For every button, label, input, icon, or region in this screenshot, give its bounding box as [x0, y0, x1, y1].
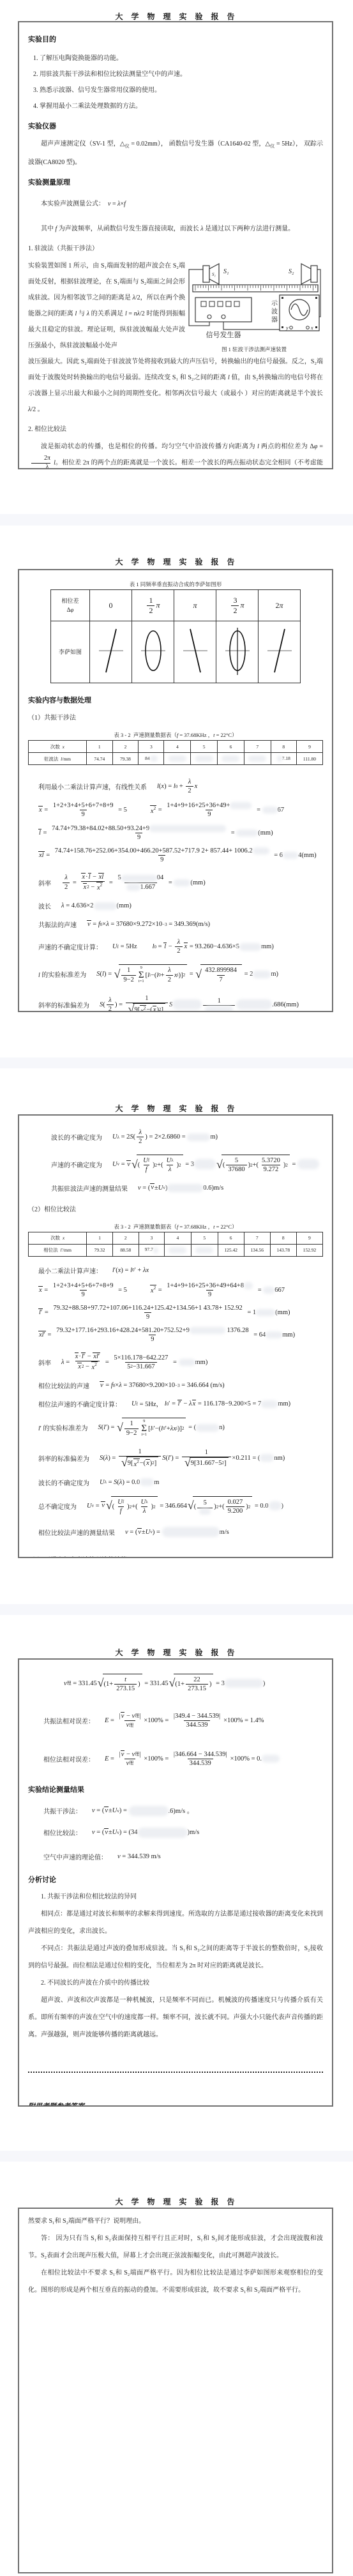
page-title: 大 学 物 理 实 验 报 告 [0, 1103, 353, 1114]
text-run: 4 [177, 1235, 179, 1241]
text-run: mm) [282, 1331, 295, 1338]
text-run: 1 [218, 997, 221, 1005]
formula-line: 斜率λ = x·l′ − xl′x2 − x2 = 5×116.178−642.… [28, 1352, 323, 1372]
numerator: λ [176, 938, 183, 946]
formula-line: xl = 74.74+158.76+252.06+354.00+466.20+5… [28, 847, 323, 864]
redaction [230, 802, 252, 809]
math-variable: f [146, 1165, 147, 1174]
text-run: mm) [278, 1400, 290, 1407]
row-label-cell: 次数 x [29, 1232, 87, 1244]
text-run: 143.78 [276, 1247, 290, 1253]
subscript: 理 [67, 1680, 71, 1686]
overbar: x [146, 1459, 150, 1467]
redaction [205, 1006, 233, 1012]
overbar: x2 [150, 1285, 156, 1295]
text-run: ′ [180, 1400, 181, 1407]
text-run: − [182, 1400, 189, 1407]
denominator: 9 [144, 1312, 151, 1321]
paragraph: 2. 用驻波共振干涉法和相位比较法测量空气中的声速。 [28, 66, 323, 82]
table-caption: 表 1 同频率垂直振动合成的李萨如图形 [28, 580, 323, 588]
math-variable: λ [109, 996, 112, 1004]
numerator: 74.74+79.38+84.02+88.50+93.24+9 [50, 824, 228, 833]
denominator: 273.15 [114, 1684, 137, 1693]
text-run: 相位比较法声速的测量结果 [38, 1530, 115, 1537]
text-run: 9.200 [228, 1507, 243, 1515]
math-variable: l [164, 943, 166, 950]
lissajous-cell [259, 621, 301, 683]
text-run: 79.32+88.58+97.72+107.06+116.24+125.42+1… [53, 1304, 242, 1312]
summation: 9Σi=1 [139, 966, 144, 983]
numerator: 1 [203, 1448, 210, 1457]
denominator: 2 [175, 946, 182, 955]
fraction: 1√9[x2−(x)2] [126, 994, 168, 1012]
text-run: 5 [203, 744, 206, 750]
text-run: 344.539 [190, 1759, 211, 1768]
math-variable: λ [168, 966, 171, 974]
text-run: ] [161, 1006, 163, 1012]
text-run: ′+ [165, 1425, 170, 1432]
overbar: v [104, 1807, 109, 1815]
text-run: 9.272 [264, 1165, 279, 1174]
denominator: λ [31, 463, 51, 470]
fraction: 1√9[x2−(x)2] [119, 1448, 161, 1469]
text-run: 432.899984 [205, 966, 237, 974]
text-run: 344.539 [186, 1721, 207, 1729]
oscilloscope-label: 示 [271, 299, 278, 307]
formula-math: Uf = 5Hzl0 = l − λ2x = 93.260−4.636×5mm) [112, 938, 274, 955]
text-run: = 0.0 [253, 1503, 268, 1510]
formula-line: 声速的不确定度计算：Uf = 5Hzl0 = l − λ2x = 93.260−… [28, 938, 323, 955]
text-run: 波长 [38, 904, 51, 911]
text-run: 273.15 [188, 1685, 206, 1693]
text-run: = [46, 1331, 53, 1338]
text-and-figure-row: 实验装置如图 1 所示，由 S₁端面发射的超声波会在 S₂端面处反射，根据驻波理… [28, 258, 323, 354]
radicand: 19−29Σi=1[li′−(l0′+λxi)]2 [122, 1418, 186, 1437]
overbar: v [101, 1501, 105, 1510]
fraction: 74.74+158.76+252.06+354.00+466.20+587.52… [53, 847, 271, 864]
superscript: 2 [183, 973, 186, 978]
phase-value-cell: 32π [216, 590, 259, 621]
sigma: Σ [139, 971, 144, 980]
superscript: 2 [100, 883, 103, 888]
text-run: = 37.68KHz ， [178, 1224, 213, 1230]
table-cell: 3 [139, 741, 164, 753]
math-variable: x [75, 1353, 79, 1360]
table-cell: 9 [296, 741, 322, 753]
numerator: 1+2+3+4+5+6+7+8+9 [51, 801, 116, 810]
text-run: ( [138, 1162, 140, 1169]
table-cell: 74.74 [86, 753, 112, 765]
redaction [277, 755, 282, 762]
text-run: 9 [308, 744, 311, 750]
text-run: 1. 共振干涉法和位相比较法的异同 [41, 1893, 137, 1900]
row-label-cell: 驻波法 l/mm [29, 753, 87, 765]
text-run: = 344.539 m/s [121, 1853, 161, 1860]
denominator: f [144, 1165, 149, 1174]
formula-line: l′ = 79.32+88.58+97.72+107.06+116.24+125… [28, 1304, 323, 1321]
formula-label: 斜率 [38, 1358, 51, 1367]
lissajous-cell [216, 621, 259, 683]
text-run: ′) = [105, 1424, 116, 1431]
text-run: 1. 驻波法（共振干涉法） [28, 245, 98, 252]
table-row: 驻波法 l/mm74.7479.38847.18111.80 [29, 753, 323, 765]
fraction: 0.0279.200 [226, 1498, 245, 1515]
square-root: √19−29Σi=1[li−(l0+λ2xi)]2 [114, 964, 187, 983]
formula-label: 波长的不确定度为 [38, 1478, 89, 1487]
redaction [174, 879, 190, 886]
lissajous-cell [90, 621, 132, 683]
text-run: (mm) [190, 879, 205, 886]
math-variable: U [112, 943, 117, 950]
paragraph: 超声声速测定仪（SV-1 型，△仪 = 0.02mm）， 函数信号发生器（CA1… [28, 136, 323, 170]
numerator: x·l′ − xl′ [73, 1352, 102, 1361]
math-variable: f [124, 201, 126, 208]
subscript: 理 [129, 1723, 133, 1729]
numerator: 2π [29, 455, 52, 463]
math-variable: v [151, 1184, 154, 1191]
text-run: 相位比较法： [43, 1830, 82, 1837]
math-variable: U [158, 1185, 163, 1192]
fraction: 19−2 [121, 966, 135, 983]
subscript: f [148, 1158, 149, 1163]
math-variable: x [153, 1006, 156, 1012]
numerator: 22 [192, 1676, 202, 1684]
math-variable: λ [139, 1128, 142, 1137]
table-cell: 4 [164, 1232, 191, 1244]
text-run: m) [271, 971, 278, 978]
data-table: 次数 x123456789相位法 l′/mm79.3288.5897.7125.… [28, 1232, 323, 1257]
text-run: 3 [150, 1235, 153, 1241]
phase-value-cell: 12π [132, 590, 174, 621]
math-variable: v [87, 921, 91, 928]
text-run: 1.667 [140, 883, 156, 891]
superscript: 2 [153, 1504, 156, 1510]
redaction [179, 1359, 195, 1366]
text-run: 9 [151, 1335, 154, 1344]
text-run: 5×116.178−642.227 [114, 1354, 168, 1362]
math-variable: x [193, 1400, 196, 1407]
overbar: v [121, 1712, 125, 1720]
denominator: 37680 [226, 1165, 246, 1174]
fraction: |v − v理|v理 [117, 1750, 143, 1768]
text-run: = 1 [246, 1309, 256, 1316]
text-run: ) = [164, 783, 174, 790]
text-run: 22 [193, 1676, 200, 1684]
table-row: 李萨如图 [51, 621, 301, 683]
text-run: = [110, 201, 117, 208]
text-run: +( [253, 1162, 259, 1169]
math-variable: U [131, 1400, 137, 1407]
text-run: 斜率 [38, 1360, 51, 1367]
fraction: Uff [141, 1156, 151, 1174]
page-2: 表 1 同频率垂直振动合成的李萨如图形相位差Δφ012ππ32π2π李萨如图实验… [18, 569, 333, 1012]
section-heading: 实验仪器 [28, 121, 323, 131]
text-run: 。相位差 2π 的两个点的距离就是一个波长。相差一个波长的两点振动状态完全相同（… [28, 459, 323, 469]
numerator: 74.74+158.76+252.06+354.00+466.20+587.52… [53, 847, 271, 855]
redaction [199, 1508, 211, 1515]
math-variable: x [195, 783, 198, 790]
text-run: .686(mm) [272, 1001, 299, 1008]
text-run: = [156, 807, 163, 814]
text-run: 为声波频率，从函数信号发生器直接读取，而波长 [57, 225, 200, 232]
text-run: ′) = [170, 1455, 181, 1462]
fraction: Uff [116, 1498, 126, 1515]
denominator: 2 [186, 786, 193, 795]
table-row: 相位差Δφ012ππ32π2π [51, 590, 301, 621]
math-variable: x [63, 744, 64, 750]
text-run: 273.15 [116, 1685, 135, 1693]
text-run: 驻波法 [44, 756, 61, 762]
overbar: x [153, 1006, 157, 1012]
text-run: 波长的不确定度为 [38, 1480, 89, 1487]
lissajous-figure-line-pos [94, 624, 128, 678]
table-cell [164, 1244, 191, 1256]
text-run: 9−2 [123, 976, 133, 984]
section-heading: 实验测量原理 [28, 177, 323, 187]
formula-line: xl′ = 79.32+177.16+293.16+428.24+581.20+… [28, 1326, 323, 1344]
overbar: x [38, 1286, 43, 1294]
lissajous-figure-ellipse-v [221, 624, 254, 678]
text-run: = [91, 921, 98, 928]
text-run: = [255, 807, 262, 814]
table-cell: 152.92 [296, 1244, 322, 1256]
text-run: 9[ [128, 1459, 133, 1467]
formula-math: λ2 = x·l − xlx2 − x2 = 5041.667 = (mm) [61, 873, 206, 892]
text-run: = [71, 879, 78, 886]
fraction: 79.32+177.16+293.16+428.24+581.20+752.52… [54, 1326, 251, 1344]
text-run: = 22°C） [214, 1224, 237, 1230]
denominator: 7 [217, 975, 224, 984]
redaction [172, 999, 202, 1010]
text-run: 111.80 [303, 756, 316, 762]
text-run: = 4.636×2 [64, 902, 94, 909]
text-run: 2 [177, 947, 180, 955]
denominator: 9 [149, 1335, 156, 1344]
table-cell: 1 [87, 1232, 113, 1244]
text-run: 9 [308, 1235, 311, 1241]
formula-math: x = 1+2+3+4+5+6+7+8+99 = 5x2 = 1+4+9+16+… [38, 1282, 285, 1299]
text-run: = [103, 1359, 110, 1366]
overbar: xl [98, 873, 105, 881]
page-5: 然要求 S₁和 S₂端面严格平行？说明理由。答： 因为只有当 S₁和 S₂表面保… [18, 2208, 333, 2573]
formula-math: l′(x) = l0′ + λx [112, 1267, 149, 1274]
paragraph: 本实验声波测量公式： v = λ×f [28, 196, 323, 212]
formula-label: 相位比较法声速的测量结果 [38, 1527, 115, 1537]
oscilloscope-label: 波 [271, 307, 278, 315]
overbar: x2 [140, 1005, 146, 1012]
math-variable: U [112, 1133, 117, 1140]
paragraph: 波是振动状态的传播，也是相位的传播。均匀空气中沿波传播方向距离为 l 两点的相位… [28, 439, 323, 469]
table-cell: 2 [112, 1232, 139, 1244]
formula-label: l′ 的实验标准差为 [38, 1423, 87, 1432]
superscript: 2 [248, 1504, 251, 1510]
text-run: = 346.664 (m/s) [180, 1382, 225, 1389]
formula-line: 相位法声速的不确定度计算：Uf = 5Hz， l0′ = l′ − λx = 1… [28, 1399, 323, 1409]
text-run: 1 [98, 744, 101, 750]
text-run: ) = [115, 1001, 124, 1008]
phase-value-cell: 2π [259, 590, 301, 621]
dotted-separator [28, 2072, 323, 2073]
formula-math: xl = 74.74+158.76+252.06+354.00+466.20+5… [38, 847, 317, 864]
formula-math: v = f0×λ = 37680×9.200×10−3 = 346.664 (m… [100, 1381, 225, 1390]
formula-math: Uv = v√(Uff)2+(Uλλ)2 = 3√(537680)2+(5.37… [112, 1155, 319, 1174]
page-gap [0, 1604, 353, 1615]
denominator: 2 [166, 975, 173, 984]
formula-math: Uf = 5Hz， l0′ = l′ − λx = 116.178−9.200×… [131, 1399, 290, 1409]
denominator [197, 1508, 213, 1515]
text-run: +( [157, 1162, 163, 1169]
superscript: −3 [162, 922, 167, 927]
text-run: ×0.211 = ( [232, 1455, 260, 1462]
redaction [266, 1331, 282, 1338]
formula-math: Uλ = 2S(λ2) = 2×2.6860 = m) [112, 1128, 218, 1146]
text-run: 3 [150, 744, 153, 750]
text-run: ′−( [153, 1425, 161, 1432]
math-variable: x [84, 884, 87, 891]
math-variable: v [105, 1829, 108, 1836]
formula-math: v = (v±Uv) = .6)m/s 。 [92, 1806, 193, 1816]
formula-line: v理 = 331.45√(1+t273.15) = 331.45√(1+2227… [28, 1674, 323, 1693]
math-variable: λ [143, 1507, 146, 1515]
text-run: λ [33, 464, 49, 470]
overbar: l′ [38, 1308, 43, 1317]
text-run: 1+2+3+4+5+6+7+8+9 [53, 801, 114, 810]
numerator: 504 [116, 874, 165, 882]
radicand: 9[x2−(x)2] [133, 1003, 165, 1012]
text-run: 2 [109, 1005, 112, 1012]
math-variable: U [146, 1529, 151, 1536]
formula-label: 相位比较法的声速 [38, 1381, 89, 1390]
text-run: 79.32+177.16+293.16+428.24+581.20+752.52… [56, 1326, 190, 1335]
text-run: = [317, 443, 324, 450]
numerator: λ [186, 778, 193, 786]
square-root: √(5)2+(0.0279.200)2 [188, 1496, 252, 1515]
text-run: ( [223, 1162, 225, 1169]
phase-value-cell: 0 [90, 590, 132, 621]
text-run: +( [218, 1503, 224, 1510]
oscilloscope-label: 器 [271, 316, 278, 324]
redaction [260, 1454, 274, 1462]
numerator: 1+4+9+16+25+36+49+64+8 [165, 1282, 255, 1290]
superscript: −3 [175, 1383, 179, 1388]
text-run: = 6 [273, 852, 283, 859]
overbar: xl [38, 851, 45, 860]
math-variable: l [39, 830, 41, 837]
text-run: ×100% = [144, 1755, 170, 1762]
superscript: 2 [137, 1459, 139, 1464]
table-cell: 2 [112, 741, 139, 753]
formula-label: 波长 [38, 901, 51, 911]
numerator: Uf [141, 1156, 151, 1165]
text-run: = 37680×9.272×10 [109, 921, 162, 928]
text-run: 2. 不同波长的声波在介质中的传播比较 [41, 1980, 149, 1987]
text-run: ′ [44, 1331, 45, 1338]
radicand: 19−29Σi=1[li−(l0+λ2xi)]2 [119, 964, 187, 983]
paragraph: 答： 因为只有当 S₁和 S₂表面保持互相平行且正对时，S₁和 S₂间才能形成驻… [28, 2230, 323, 2264]
paragraph: （2）相位比较法 [28, 1202, 323, 1218]
table-cell: 5 [191, 741, 218, 753]
fraction: |349.4 − 344.539|344.539 [172, 1712, 222, 1729]
formula-label: 相位法声速的不确定度计算： [38, 1399, 121, 1409]
text-run: 答： 因为只有当 S₁和 S₂表面保持互相平行且正对时，S₁和 S₂间才能形成驻… [28, 2235, 323, 2259]
redaction [129, 1806, 169, 1816]
text-run: ) = [104, 971, 114, 978]
text-run: ×100% = 0. [230, 1755, 262, 1762]
numerator: 5×116.178−642.227 [112, 1354, 170, 1362]
denominator: 2 [137, 1137, 144, 1146]
redaction [194, 1159, 216, 1169]
text-run: 利用最小二乘法计算声速，有线性关系 [38, 784, 147, 791]
overbar: x [83, 883, 87, 891]
text-run: = 93.260−4.636×5 [188, 943, 239, 950]
redaction [121, 875, 157, 882]
formula-math: S(l′) = √19−29Σi=1[li′−(l0′+λxi)]2 = (n) [98, 1418, 224, 1437]
denominator: 9 [80, 1290, 87, 1299]
formula-math: λ = 4.636×2(mm) [61, 902, 131, 910]
text-run: ) [209, 1681, 212, 1688]
table-cell: 143.78 [270, 1244, 296, 1256]
table-cell: 6 [218, 741, 244, 753]
redaction [169, 1247, 186, 1254]
subscript: 仪 [125, 144, 130, 149]
text-run: 5.3720 [262, 1156, 280, 1165]
text-run: ×100% = [144, 1717, 170, 1724]
fraction: 5041.667 [116, 874, 165, 891]
table-cell: 134.56 [244, 1244, 270, 1256]
fraction: λ2 [166, 966, 173, 983]
text-run: 3 [233, 596, 237, 605]
denominator: 1.667 [124, 883, 158, 891]
math-variable: t [124, 1676, 126, 1684]
denominator: 9 [135, 833, 142, 842]
table-cell: 6 [218, 1232, 244, 1244]
text-run: 1 [127, 966, 130, 974]
page-gap [0, 514, 353, 526]
overbar: x2 [96, 882, 103, 892]
formula-label: 共振驻波法声速的测量结果 [51, 1183, 128, 1193]
subscript: 理 [129, 1761, 133, 1766]
denominator: 344.539 [188, 1759, 213, 1768]
redaction [248, 755, 266, 762]
overbar: x [192, 1400, 197, 1408]
text-run: 相同点：都是通过对波长和频率的求解来得到速度。所选取的方法都是通过接收器的距离变… [28, 1911, 323, 1935]
sum-lower: i=1 [139, 980, 144, 984]
text-run: − [91, 873, 98, 881]
text-run: (1+ [175, 1681, 184, 1688]
redaction [236, 999, 272, 1010]
text-run: − [167, 943, 174, 950]
text-run: 0 [109, 601, 113, 610]
numerator: |346.664 − 344.539| [172, 1750, 229, 1759]
formula-label: 斜率的标准偏差为 [38, 1453, 89, 1463]
text-run: 7.18 [282, 755, 290, 761]
text-run: 74.74+158.76+252.06+354.00+466.20+587.52… [55, 847, 253, 855]
redaction [195, 755, 213, 762]
math-variable: x [39, 807, 42, 814]
text-run: 9 [208, 1291, 211, 1299]
text-run: （1）共振干涉法 [28, 715, 76, 722]
table-row: 相位法 l′/mm79.3288.5897.7125.42134.56143.7… [29, 1244, 323, 1256]
formula-label: l 的实验标准差为 [38, 969, 86, 979]
table-cell: 3 [139, 1232, 164, 1244]
text-run: = 331.45 [71, 1680, 97, 1687]
formula-line: 斜率的标准偏差为S(λ2) = 1√9[x2−(x)2]S1.686(mm) [28, 994, 323, 1012]
math-variable: φ [70, 607, 73, 613]
numerator: t [123, 1676, 128, 1684]
text-run: 共振法的声速 [38, 922, 77, 929]
redaction [169, 755, 186, 762]
numerator: 432.899984 [203, 966, 239, 974]
